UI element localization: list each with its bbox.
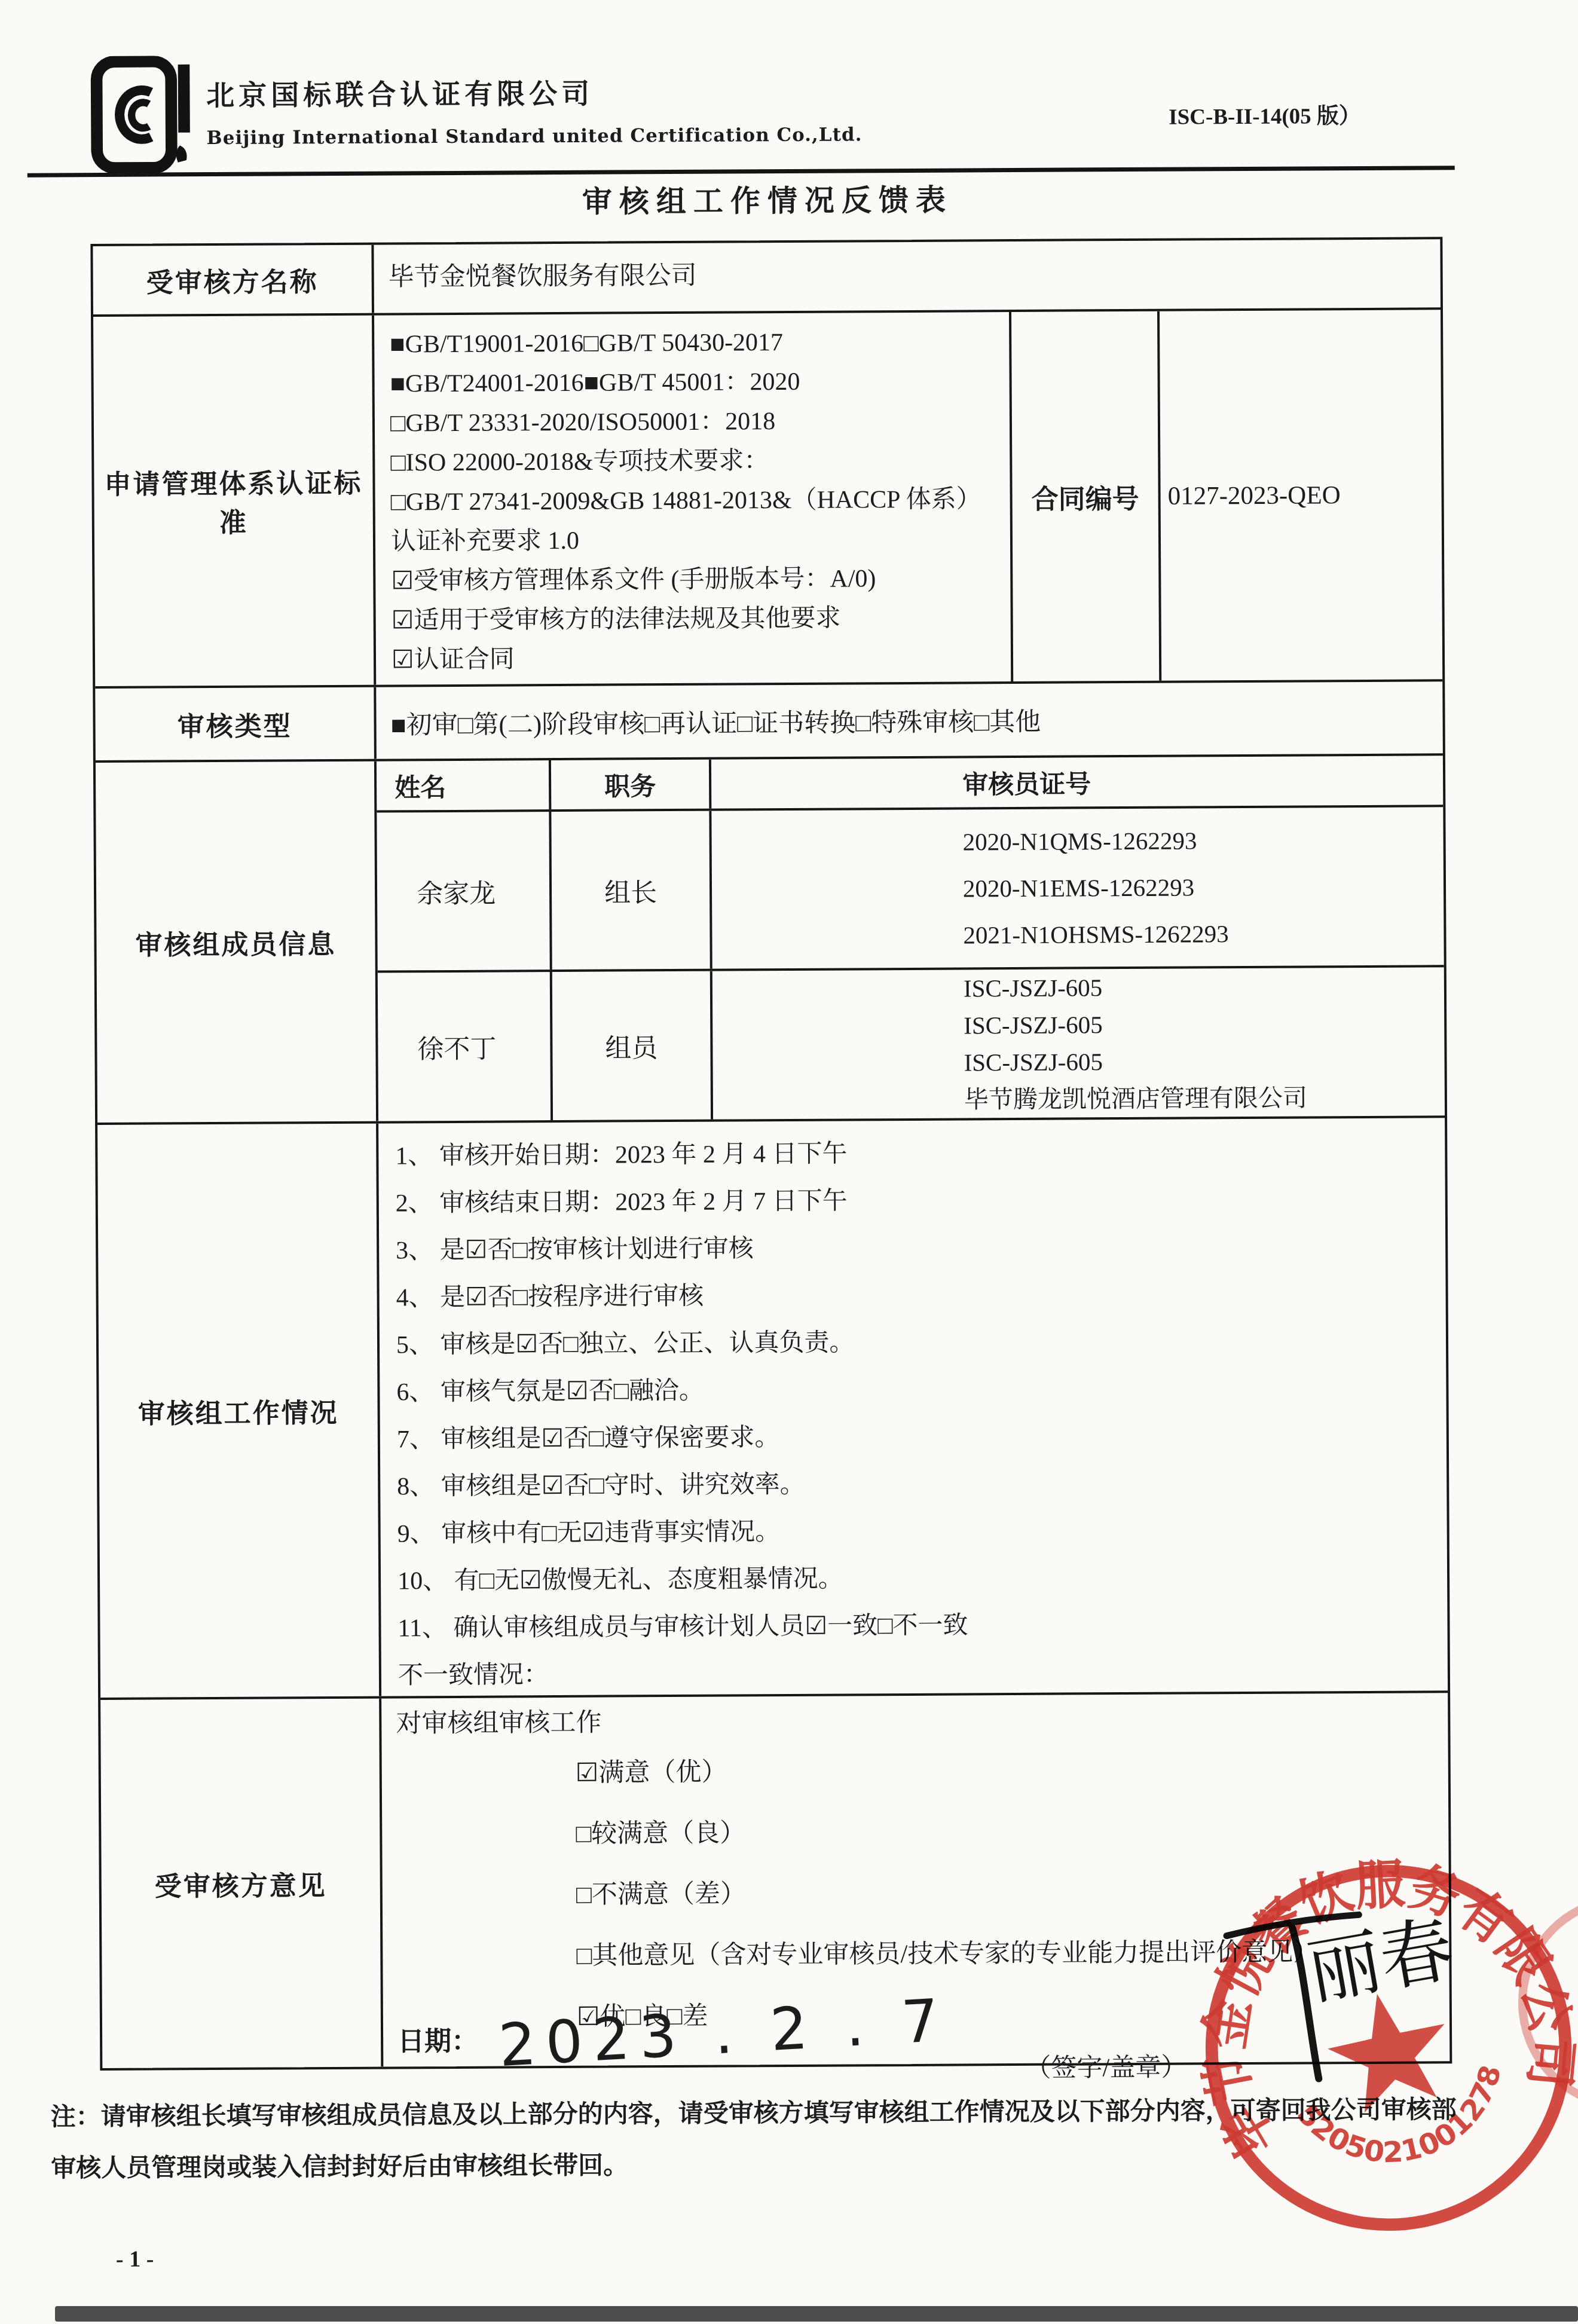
opinion-heading: 对审核组审核工作 [396, 1699, 1448, 1744]
scan-edge-bar [55, 2306, 1578, 2322]
team-table: 姓名 职务 审核员证号 余家龙 组长 2020-N1QMS-1262293 20… [377, 756, 1445, 1121]
work-section: 审核组工作情况 1、 审核开始日期：2023 年 2 月 4 日下午 2、 审核… [97, 1118, 1448, 1700]
auditee-label: 受审核方名称 [93, 245, 374, 314]
standards-label: 申请管理体系认证标准 [93, 316, 376, 686]
work-item: 2、 审核结束日期：2023 年 2 月 7 日下午 [396, 1175, 1436, 1227]
col-cert: 审核员证号 [711, 756, 1443, 808]
work-item: 不一致情况： [398, 1647, 1438, 1699]
handwritten-date: 2023 . 2 . 7 [497, 1997, 949, 2069]
certification-body-logo-icon [90, 56, 197, 176]
page-number: - 1 - [116, 2246, 154, 2273]
member-row: 余家龙 组长 2020-N1QMS-1262293 2020-N1EMS-126… [377, 807, 1444, 973]
member-certs: 2020-N1QMS-1262293 2020-N1EMS-1262293 20… [711, 807, 1444, 968]
team-header-row: 姓名 职务 审核员证号 [377, 756, 1443, 812]
feedback-form-table: 受审核方名称 毕节金悦餐饮服务有限公司 申请管理体系认证标准 ■GB/T1900… [90, 237, 1452, 2071]
cert-line: ISC-JSZJ-605 [964, 1004, 1444, 1044]
member-certs: ISC-JSZJ-605 ISC-JSZJ-605 ISC-JSZJ-605 毕… [712, 967, 1445, 1119]
standard-line: ■GB/T24001-2016■GB/T 45001：2020 [390, 361, 1001, 403]
work-item: 1、 审核开始日期：2023 年 2 月 4 日下午 [395, 1127, 1435, 1180]
col-name: 姓名 [377, 760, 551, 811]
work-item: 11、 确认审核组成员与审核计划人员☑一致□不一致 [397, 1600, 1438, 1652]
scanned-form-page: 北京国标联合认证有限公司 Beijing International Stand… [0, 0, 1578, 2324]
cert-line: 2021-N1OHSMS-1262293 [963, 909, 1444, 958]
standard-line: □ISO 22000-2018&专项技术要求： [390, 440, 1001, 482]
date-label: 日期： [397, 2019, 478, 2059]
cert-line: 2020-N1QMS-1262293 [962, 816, 1443, 865]
member-name: 余家龙 [377, 812, 552, 971]
standard-line: □GB/T 23331-2020/ISO50001：2018 [390, 400, 1001, 443]
work-item: 10、 有□无☑傲慢无礼、态度粗暴情况。 [397, 1552, 1438, 1605]
member-role: 组长 [551, 811, 712, 970]
standard-line: ☑认证合同 [392, 637, 1002, 680]
standards-list: ■GB/T19001-2016□GB/T 50430-2017 ■GB/T240… [374, 312, 1011, 685]
cert-line: ISC-JSZJ-605 [964, 967, 1444, 1007]
work-item: 5、 审核是☑否□独立、公正、认真负责。 [396, 1316, 1436, 1369]
auditee-value: 毕节金悦餐饮服务有限公司 [374, 239, 1441, 313]
work-item: 9、 审核中有□无☑违背事实情况。 [397, 1505, 1437, 1558]
cert-line: ISC-JSZJ-605 [964, 1041, 1444, 1081]
auditee-row: 受审核方名称 毕节金悦餐饮服务有限公司 [93, 239, 1441, 317]
audit-type-value: ■初审□第(二)阶段审核□再认证□证书转换□特殊审核□其他 [376, 681, 1443, 759]
date-line: 日期： 2023 . 2 . 7 [397, 2009, 949, 2059]
audit-type-row: 审核类型 ■初审□第(二)阶段审核□再认证□证书转换□特殊审核□其他 [95, 681, 1443, 763]
work-item: 4、 是☑否□按程序进行审核 [396, 1269, 1436, 1322]
team-section: 审核组成员信息 姓名 职务 审核员证号 余家龙 组长 2020-N1QMS-12… [96, 756, 1445, 1125]
handwritten-signature: 丽春 [1206, 1866, 1515, 2097]
work-item: 7、 审核组是☑否□遵守保密要求。 [397, 1411, 1437, 1463]
contract-no-value: 0127-2023-QEO [1160, 310, 1442, 680]
doc-code: ISC-B-II-14(05 版） [1169, 97, 1361, 131]
team-label: 审核组成员信息 [96, 762, 378, 1123]
work-items: 1、 审核开始日期：2023 年 2 月 4 日下午 2、 审核结束日期：202… [378, 1118, 1448, 1696]
opinion-option: □较满意（良） [576, 1799, 1449, 1865]
member-role: 组员 [552, 971, 713, 1120]
member-name: 徐不丁 [378, 972, 553, 1121]
cert-line: 2020-N1EMS-1262293 [963, 863, 1444, 912]
contract-no-label: 合同编号 [1009, 311, 1161, 681]
form-title: 审核组工作情况反馈表 [92, 173, 1443, 224]
standard-line: □GB/T 27341-2009&GB 14881-2013&（HACCP 体系… [390, 479, 1002, 561]
team-body: 余家龙 组长 2020-N1QMS-1262293 2020-N1EMS-126… [377, 807, 1445, 1121]
work-item: 6、 审核气氛是☑否□融洽。 [396, 1363, 1436, 1416]
opinion-option: ☑满意（优） [576, 1738, 1449, 1804]
work-item: 3、 是☑否□按审核计划进行审核 [396, 1222, 1436, 1274]
company-name-en: Beijing International Standard united Ce… [206, 124, 862, 149]
member-row: 徐不丁 组员 ISC-JSZJ-605 ISC-JSZJ-605 ISC-JSZ… [378, 967, 1445, 1121]
standard-line: ☑适用于受审核方的法律法规及其他要求 [392, 598, 1002, 640]
col-role: 职务 [551, 760, 711, 809]
signature-text: 丽春 [1302, 1909, 1460, 2014]
audit-type-label: 审核类型 [95, 687, 377, 760]
work-item: 8、 审核组是☑否□守时、讲究效率。 [397, 1458, 1437, 1510]
standards-row: 申请管理体系认证标准 ■GB/T19001-2016□GB/T 50430-20… [93, 310, 1442, 689]
standard-line: ■GB/T19001-2016□GB/T 50430-2017 [390, 322, 1001, 364]
opinion-label: 受审核方意见 [100, 1699, 383, 2068]
company-name-cn: 北京国标联合认证有限公司 [206, 72, 594, 114]
work-label: 审核组工作情况 [97, 1124, 381, 1698]
standard-line: ☑受审核方管理体系文件 (手册版本号：A/0) [391, 558, 1002, 601]
cert-line: 毕节腾龙凯悦酒店管理有限公司 [964, 1078, 1445, 1118]
